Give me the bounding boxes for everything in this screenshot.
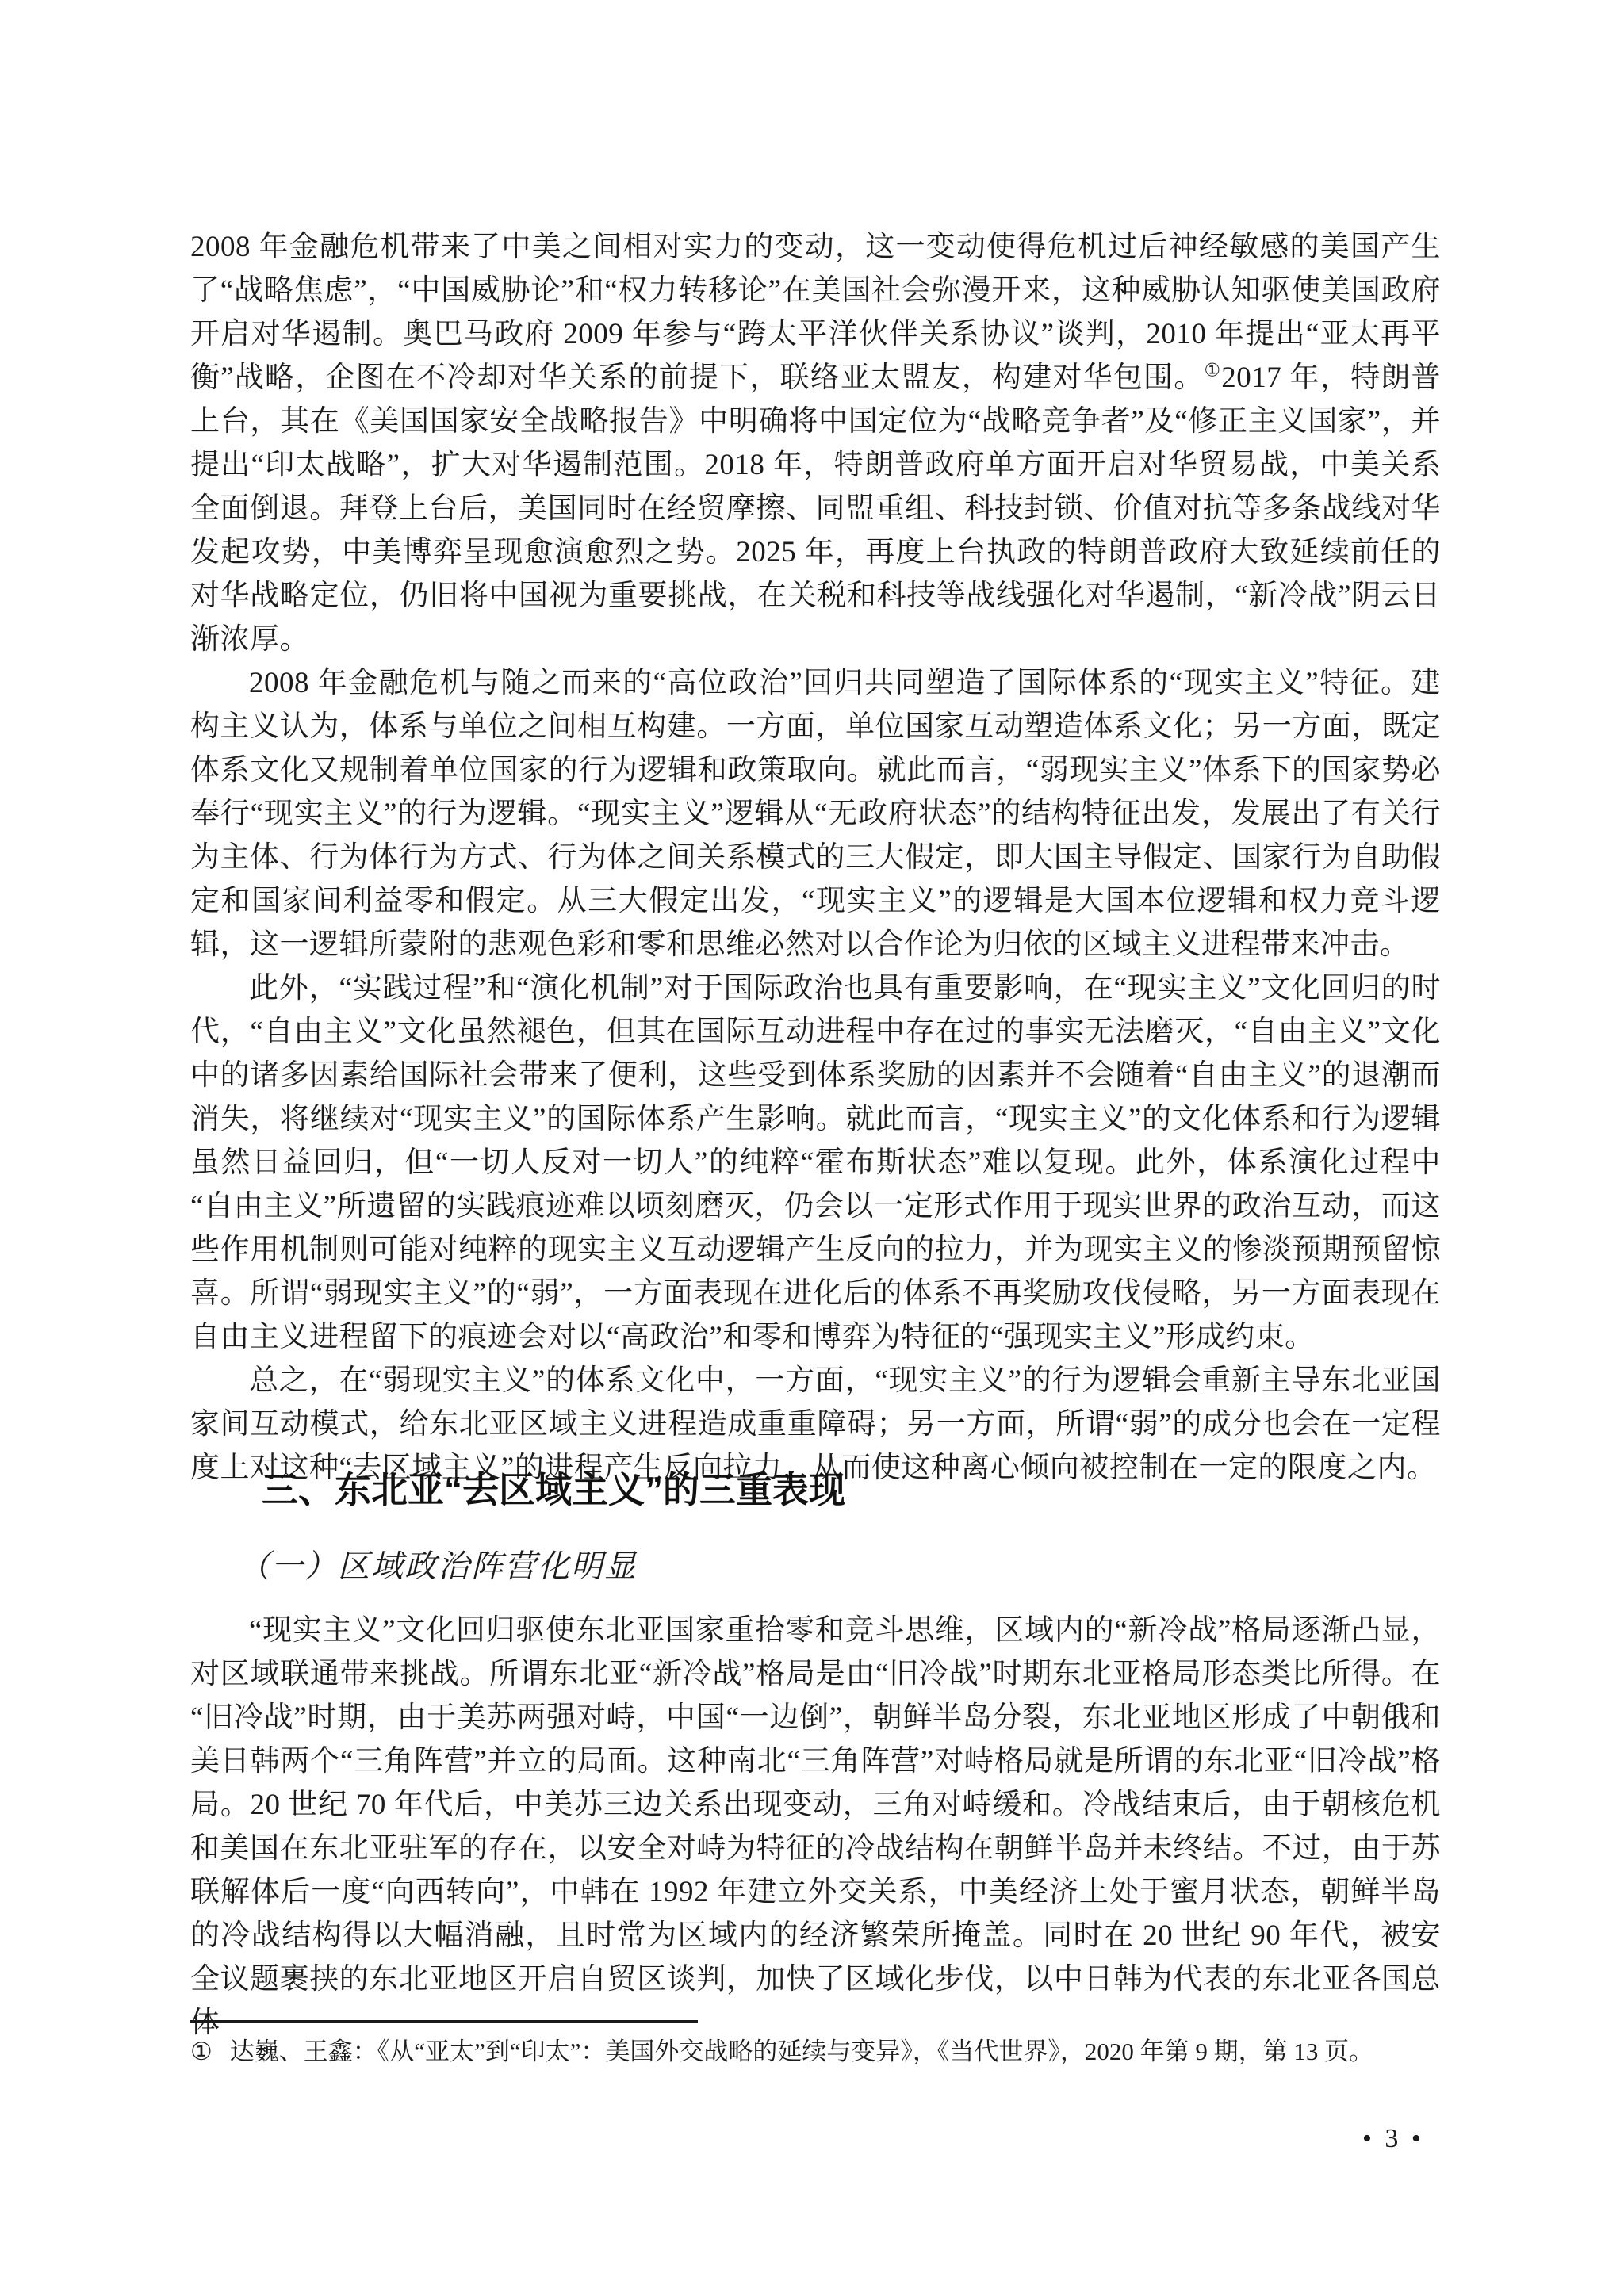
footnote-marker: ① xyxy=(190,2038,213,2065)
paragraph: “现实主义”文化回归驱使东北亚国家重拾零和竞斗思维，区域内的“新冷战”格局逐渐凸… xyxy=(190,1609,1441,2045)
footnote-text: 达巍、王鑫：《从“亚太”到“印太”：美国外交战略的延续与变异》，《当代世界》，2… xyxy=(230,2038,1373,2065)
document-page: 2008 年金融危机带来了中美之间相对实力的变动，这一变动使得危机过后神经敏感的… xyxy=(0,0,1624,2296)
section-heading: 三、东北亚“去区域主义”的三重表现 xyxy=(190,1466,1441,1513)
footnote-line: ①达巍、王鑫：《从“亚太”到“印太”：美国外交战略的延续与变异》，《当代世界》，… xyxy=(190,2036,1441,2068)
footnote-divider xyxy=(190,2020,698,2023)
body-text-upper: 2008 年金融危机带来了中美之间相对实力的变动，这一变动使得危机过后神经敏感的… xyxy=(190,225,1441,1490)
paragraph: 此外，“实践过程”和“演化机制”对于国际政治也具有重要影响，在“现实主义”文化回… xyxy=(190,966,1441,1359)
paragraph-continued: 2008 年金融危机带来了中美之间相对实力的变动，这一变动使得危机过后神经敏感的… xyxy=(190,225,1441,661)
paragraph: 2008 年金融危机与随之而来的“高位政治”回归共同塑造了国际体系的“现实主义”… xyxy=(190,661,1441,966)
footnote-area: ①达巍、王鑫：《从“亚太”到“印太”：美国外交战略的延续与变异》，《当代世界》，… xyxy=(190,2020,1441,2068)
paragraph-text: 2017 年，特朗普上台，其在《美国国家安全战略报告》中明确将中国定位为“战略竞… xyxy=(190,362,1441,656)
body-text-lower: 三、东北亚“去区域主义”的三重表现 （一）区域政治阵营化明显 “现实主义”文化回… xyxy=(190,1466,1441,2045)
page-number: • 3 • xyxy=(1362,2123,1424,2155)
footnote-reference-marker: ① xyxy=(1204,361,1221,381)
subsection-heading: （一）区域政治阵营化明显 xyxy=(190,1547,1441,1586)
